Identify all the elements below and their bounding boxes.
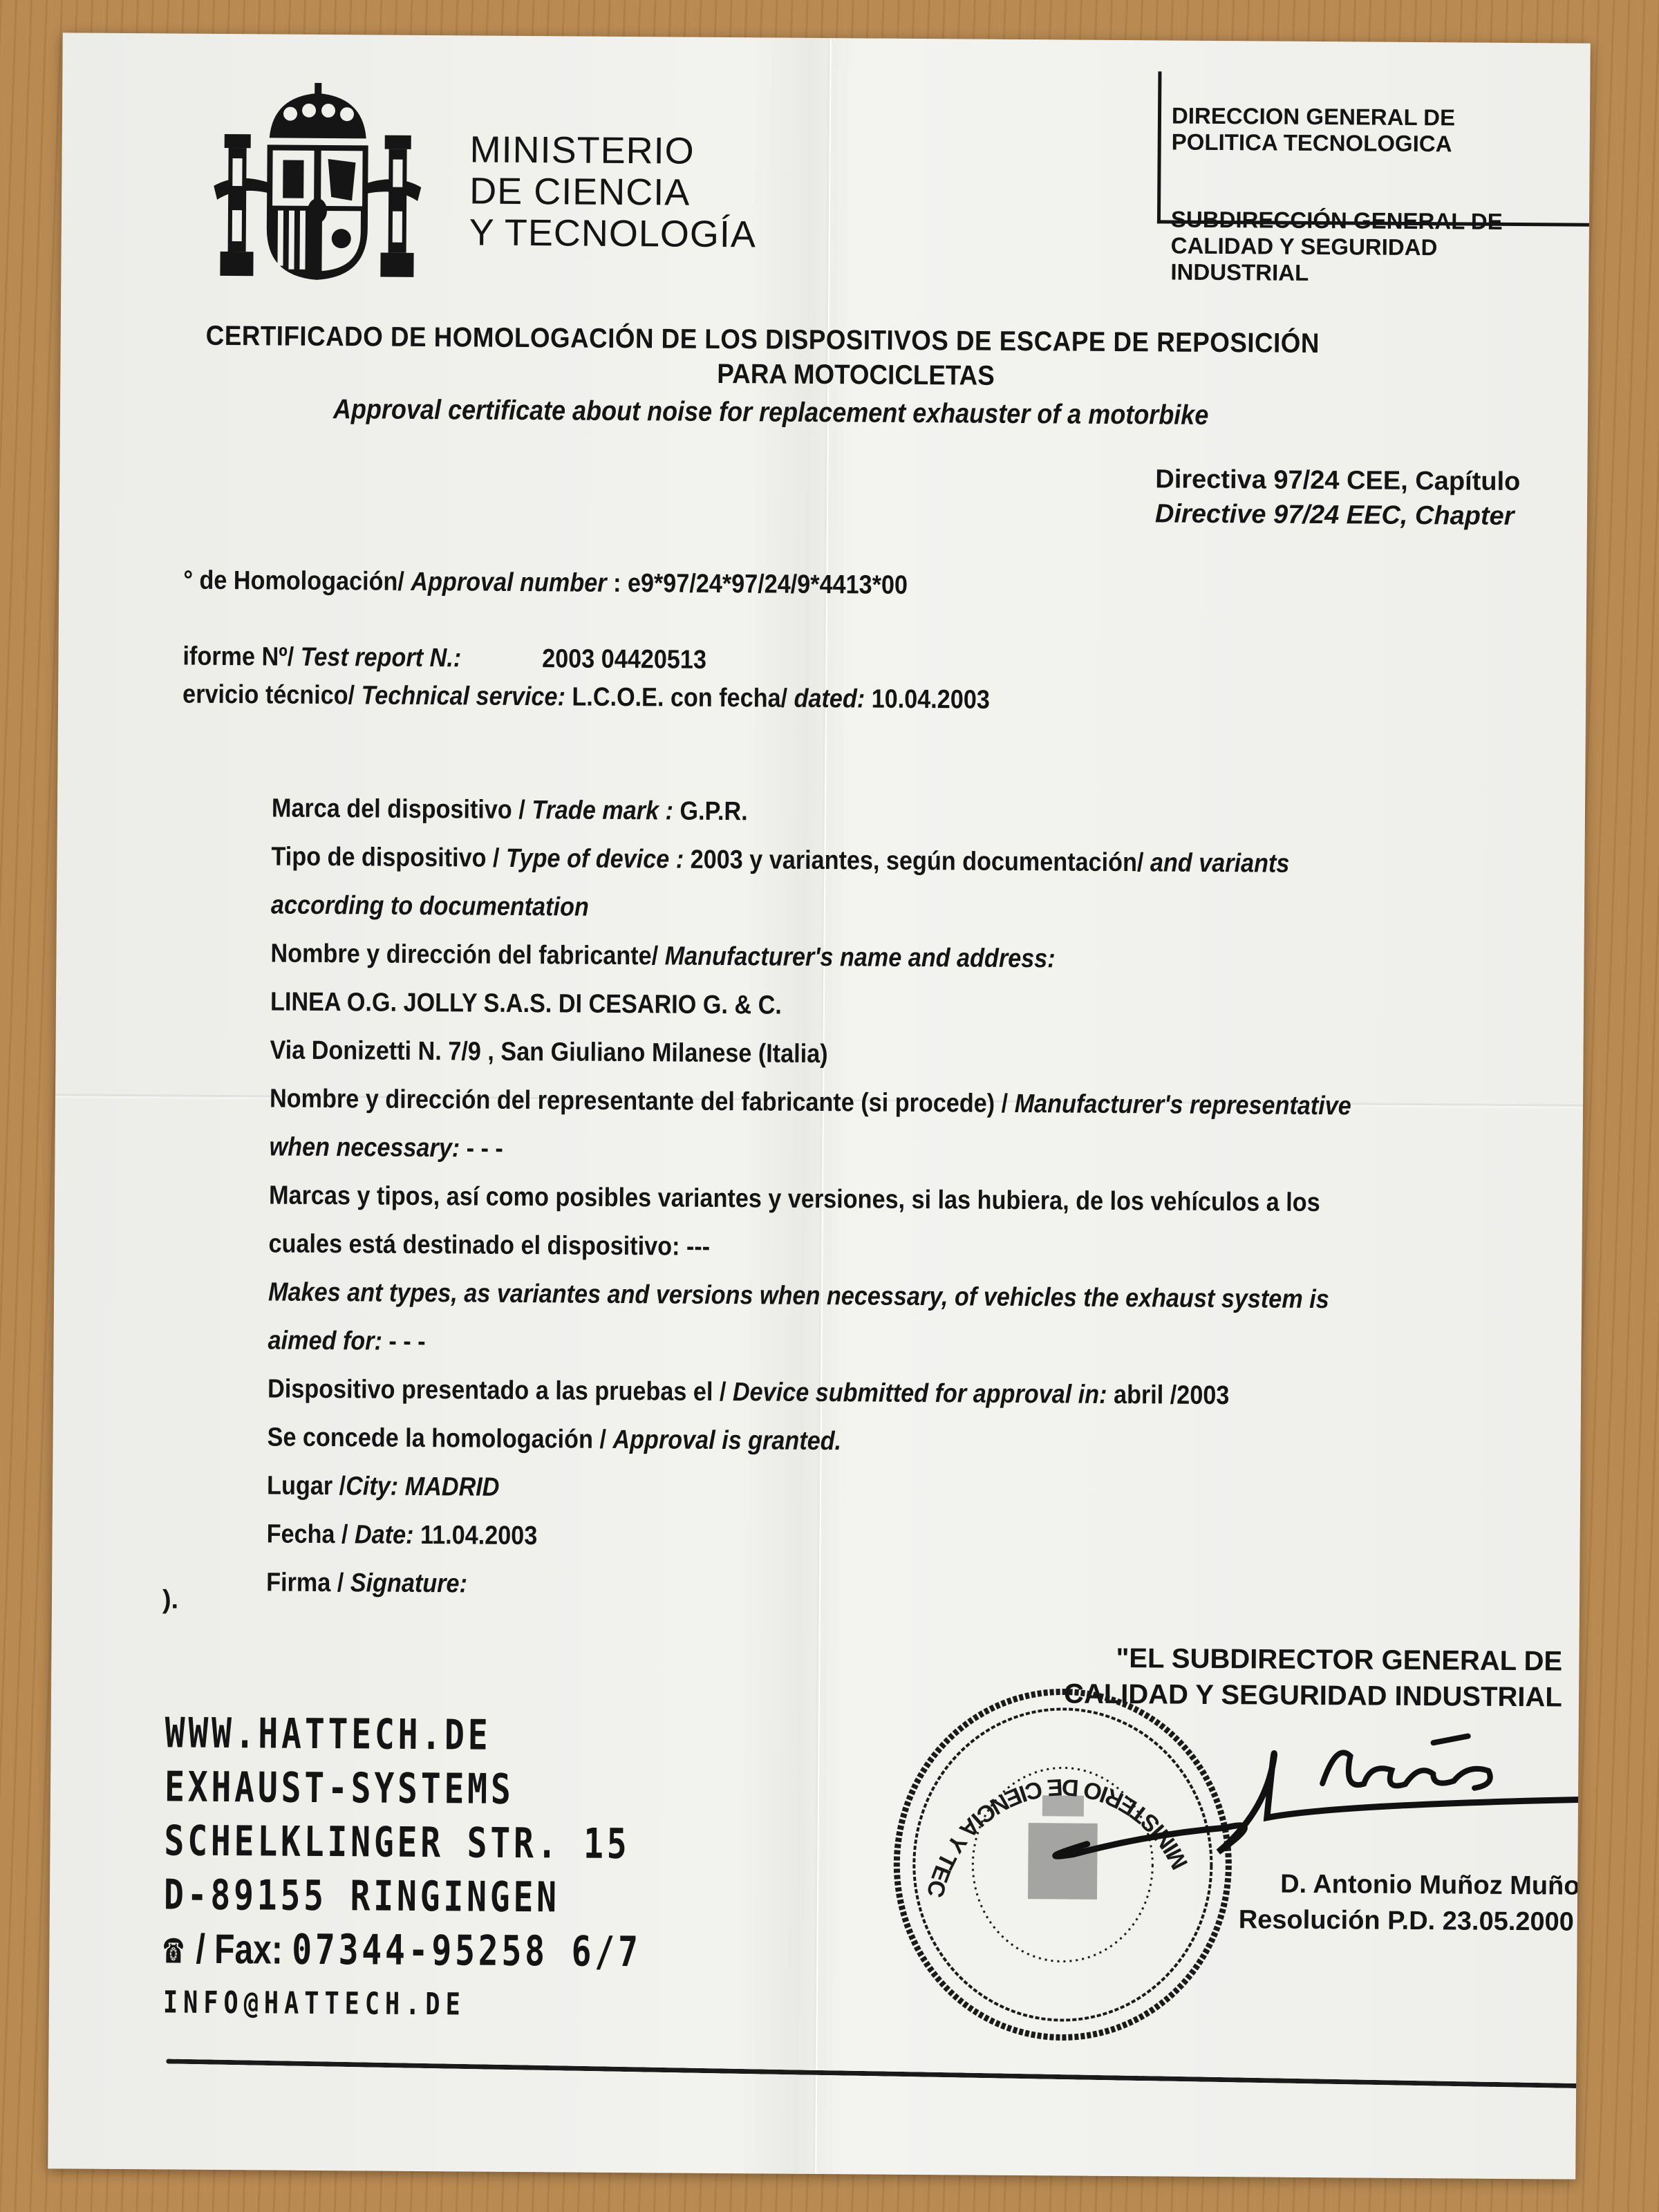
- margin-mark: ).: [162, 1585, 179, 1615]
- certificate-body-line: Firma / Signature:: [266, 1558, 1348, 1614]
- certificate-body-line: according to documentation: [271, 881, 1353, 937]
- official-signatory: D. Antonio Muñoz Muñoz Resolución P.D. 2…: [1239, 1866, 1591, 1940]
- approval-label-en: Approval number: [411, 568, 606, 598]
- certificate-body-line: Tipo de dispositivo / Type of device : 2…: [271, 832, 1353, 888]
- certificate-paper: MINISTERIO DE CIENCIA Y TECNOLOGÍA DIREC…: [48, 32, 1591, 2179]
- ministry-name: MINISTERIO DE CIENCIA Y TECNOLOGÍA: [469, 129, 757, 255]
- body-line-value: - - -: [382, 1327, 426, 1356]
- directorate-line-1: DIRECCION GENERAL DE: [1172, 103, 1455, 131]
- certificate-body-line: Lugar /City: MADRID: [267, 1461, 1349, 1517]
- certificate-body-line: Marca del dispositivo / Trade mark : G.P…: [272, 784, 1353, 840]
- certificate-body: Marca del dispositivo / Trade mark : G.P…: [266, 784, 1474, 1615]
- body-line-value: 11.04.2003: [413, 1521, 537, 1550]
- body-line-es: Fecha /: [267, 1519, 355, 1549]
- body-line-es: Firma /: [266, 1568, 350, 1597]
- technical-service: ervicio técnico/ Technical service: L.C.…: [182, 680, 990, 715]
- body-line-es: Via Donizetti N. 7/9 , San Giuliano Mila…: [270, 1035, 827, 1069]
- dealer-email[interactable]: INFO@HATTECH.DE: [163, 1976, 641, 2033]
- body-line-en: Type of device :: [506, 844, 684, 874]
- body-line-es: Nombre y dirección del fabricante/: [270, 939, 664, 971]
- certificate-body-line: LINEA O.G. JOLLY S.A.S. DI CESARIO G. & …: [270, 977, 1352, 1033]
- body-line-en: Date:: [355, 1520, 414, 1550]
- body-line-es: Se concede la homologación /: [267, 1423, 612, 1454]
- certificate-title-es: CERTIFICADO DE HOMOLOGACIÓN DE LOS DISPO…: [206, 321, 1320, 359]
- dealer-phone-label: / Fax:: [187, 1926, 292, 1973]
- body-line-en: Approval is granted.: [612, 1425, 841, 1456]
- directive-reference: Directiva 97/24 CEE, Capítulo Directive …: [1155, 462, 1521, 534]
- body-line-en: when necessary:: [269, 1132, 460, 1163]
- test-report-label-en: Test report N.:: [301, 643, 462, 673]
- body-line-value: G.P.R.: [673, 797, 748, 827]
- certificate-body-line: Se concede la homologación / Approval is…: [267, 1413, 1349, 1469]
- certificate-body-line: aimed for: - - -: [268, 1316, 1349, 1372]
- body-line-value: - - -: [460, 1134, 503, 1163]
- test-report-value: 2003 04420513: [542, 644, 706, 675]
- body-line-en: Manufacturer's representative: [1015, 1089, 1351, 1121]
- ministry-line-2: DE CIENCIA: [469, 170, 757, 214]
- subdirectorate-name: SUBDIRECCIÓN GENERAL DE CALIDAD Y SEGURI…: [1170, 207, 1503, 288]
- certificate-body-line: Makes ant types, as variantes and versio…: [268, 1268, 1350, 1324]
- subdirectorate-line-2: CALIDAD Y SEGURIDAD: [1171, 233, 1503, 261]
- ministry-line-1: MINISTERIO: [469, 129, 757, 172]
- body-line-es: Dispositivo presentado a las pruebas el …: [268, 1374, 733, 1407]
- certificate-body-line: Marcas y tipos, así como posibles varian…: [269, 1171, 1351, 1227]
- dealer-postcode-city: D-89155 RINGINGEN: [164, 1868, 642, 1925]
- directive-en: Directive 97/24 EEC, Chapter: [1155, 496, 1520, 534]
- directive-es: Directiva 97/24 CEE, Capítulo: [1155, 462, 1520, 499]
- dated-label: dated:: [794, 684, 865, 714]
- dated-value: 10.04.2003: [865, 684, 990, 714]
- technical-service-label-en: Technical service:: [361, 681, 565, 711]
- body-line-es: Tipo de dispositivo /: [271, 842, 506, 872]
- official-name: D. Antonio Muñoz Muñoz: [1239, 1866, 1591, 1904]
- certificate-body-line: Dispositivo presentado a las pruebas el …: [268, 1365, 1349, 1421]
- dealer-phone-row: ☎ / Fax: 07344-95258 6/7: [163, 1922, 641, 1979]
- bottom-rule-divider: [166, 2059, 1590, 2088]
- body-line-es: Nombre y dirección del representante del…: [270, 1084, 1015, 1118]
- test-report-label-es: iforme Nº/: [182, 642, 301, 672]
- dealer-stamp: WWW.HATTECH.DE EXHAUST-SYSTEMS SCHELKLIN…: [163, 1706, 643, 2033]
- technical-service-label-es: ervicio técnico/: [182, 680, 362, 711]
- dealer-website[interactable]: WWW.HATTECH.DE: [165, 1706, 643, 1763]
- official-title-line-1: "EL SUBDIRECTOR GENERAL DE: [1033, 1640, 1562, 1679]
- technical-service-value: L.C.O.E. con fecha/: [565, 682, 794, 713]
- certificate-body-line: Nombre y dirección del fabricante/ Manuf…: [270, 929, 1352, 985]
- telephone-icon: ☎: [163, 1924, 187, 1973]
- body-line-es: Marca del dispositivo /: [272, 794, 532, 825]
- approval-value: : e9*97/24*97/24/9*4413*00: [606, 569, 908, 600]
- subdirectorate-line-3: INDUSTRIAL: [1170, 259, 1502, 288]
- body-line-en: aimed for:: [268, 1326, 382, 1356]
- dealer-street: SCHELKLINGER STR. 15: [164, 1814, 642, 1871]
- dealer-phone: 07344-95258 6/7: [292, 1926, 641, 1977]
- body-line-en2: and variants: [1150, 848, 1290, 878]
- directorate-line-2: POLITICA TECNOLOGICA: [1172, 129, 1455, 158]
- body-line-es: Marcas y tipos, así como posibles varian…: [269, 1181, 1320, 1217]
- body-line-en: according to documentation: [271, 890, 589, 921]
- body-line-es: Lugar /: [267, 1471, 346, 1501]
- body-line-en: City: MADRID: [346, 1472, 500, 1502]
- certificate-title-en: Approval certificate about noise for rep…: [333, 394, 1209, 431]
- subdirectorate-line-1: SUBDIRECCIÓN GENERAL DE: [1171, 207, 1503, 235]
- body-line-en: Manufacturer's name and address:: [665, 941, 1056, 973]
- official-resolution: Resolución P.D. 23.05.2000: [1239, 1902, 1591, 1940]
- body-line-es: LINEA O.G. JOLLY S.A.S. DI CESARIO G. & …: [270, 987, 782, 1020]
- certificate-body-line: cuales está destinado el dispositivo: --…: [268, 1219, 1350, 1275]
- body-line-en: Makes ant types, as variantes and versio…: [268, 1277, 1329, 1314]
- test-report: iforme Nº/ Test report N.:2003 04420513: [182, 642, 706, 675]
- certificate-body-line: Nombre y dirección del representante del…: [270, 1074, 1351, 1130]
- directorate-name: DIRECCION GENERAL DE POLITICA TECNOLOGIC…: [1172, 103, 1456, 158]
- ministry-line-3: Y TECNOLOGÍA: [469, 212, 757, 255]
- spain-coat-of-arms-icon: [203, 82, 432, 284]
- certificate-body-line: Via Donizetti N. 7/9 , San Giuliano Mila…: [270, 1026, 1351, 1082]
- body-line-en: Signature:: [350, 1568, 467, 1598]
- body-line-value: abril /2003: [1107, 1380, 1229, 1410]
- certificate-title-es-line2: PARA MOTOCICLETAS: [717, 359, 995, 392]
- certificate-body-line: when necessary: - - -: [269, 1123, 1351, 1179]
- body-line-en: Device submitted for approval in:: [733, 1378, 1107, 1409]
- body-line-es: cuales está destinado el dispositivo: --…: [268, 1229, 710, 1261]
- body-line-en: Trade mark :: [532, 796, 673, 825]
- certificate-body-line: Fecha / Date: 11.04.2003: [266, 1510, 1348, 1566]
- body-line-value: 2003 y variantes, según documentación/: [684, 845, 1150, 878]
- approval-number: ° de Homologación/ Approval number : e9*…: [183, 566, 908, 601]
- dealer-line-exhaust-systems: EXHAUST-SYSTEMS: [165, 1760, 643, 1817]
- approval-label-es: ° de Homologación/: [183, 566, 411, 597]
